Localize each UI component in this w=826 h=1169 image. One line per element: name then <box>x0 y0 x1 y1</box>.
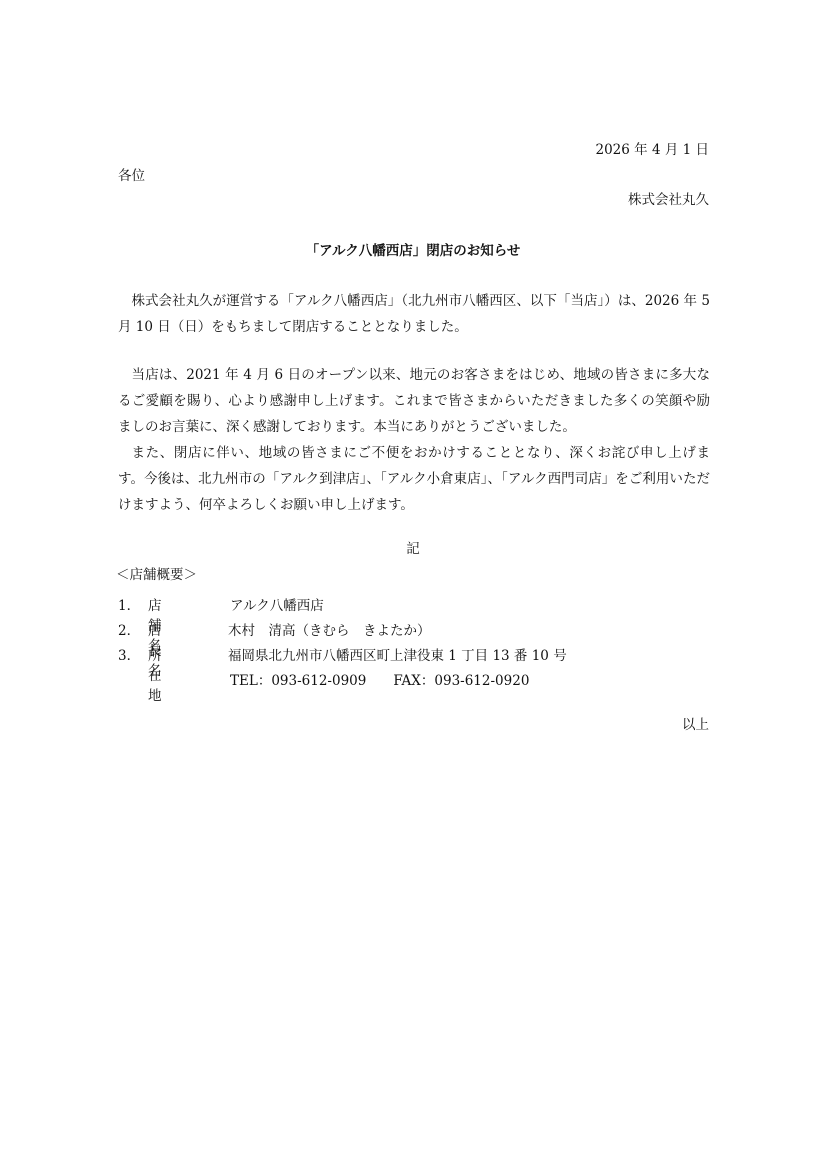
document-title: 「アルク八幡西店」閉店のお知らせ <box>0 245 826 259</box>
item-number: 3． <box>118 644 140 664</box>
item-number: 2． <box>118 619 140 639</box>
recipient: 各位 <box>118 170 145 184</box>
section-heading: ＜店舗概要＞ <box>116 569 197 583</box>
paragraph-body: 当店は、2021 年 4 月 6 日のオープン以来、地元のお客さまをはじめ、地域… <box>118 362 710 518</box>
item-value: 福岡県北九州市八幡西区町上津役東 1 丁目 13 番 10 号 <box>228 644 567 664</box>
item-number: 1． <box>118 594 140 614</box>
item-value: 木村 清高（きむら きよたか） <box>228 619 431 639</box>
paragraph-text: また、閉店に伴い、地域の皆さまにご不便をおかけすることとなり、深くお詫び申し上げ… <box>118 440 710 518</box>
document-date: 2026 年 4 月 1 日 <box>596 144 710 158</box>
item-value: アルク八幡西店 <box>230 594 324 614</box>
paragraph-announcement: 株式会社丸久が運営する「アルク八幡西店」（北九州市八幡西区、以下「当店」）は、2… <box>118 288 710 340</box>
paragraph-text: 株式会社丸久が運営する「アルク八幡西店」（北九州市八幡西区、以下「当店」）は、2… <box>118 288 710 340</box>
sender-company: 株式会社丸久 <box>628 194 709 208</box>
contact-info: TEL：093-612-0909 FAX：093-612-0920 <box>230 669 529 689</box>
closing-mark: 以上 <box>682 719 709 733</box>
paragraph-text: 当店は、2021 年 4 月 6 日のオープン以来、地元のお客さまをはじめ、地域… <box>118 362 710 440</box>
item-label: 所在地 <box>148 644 162 704</box>
ki-marker: 記 <box>0 543 826 557</box>
